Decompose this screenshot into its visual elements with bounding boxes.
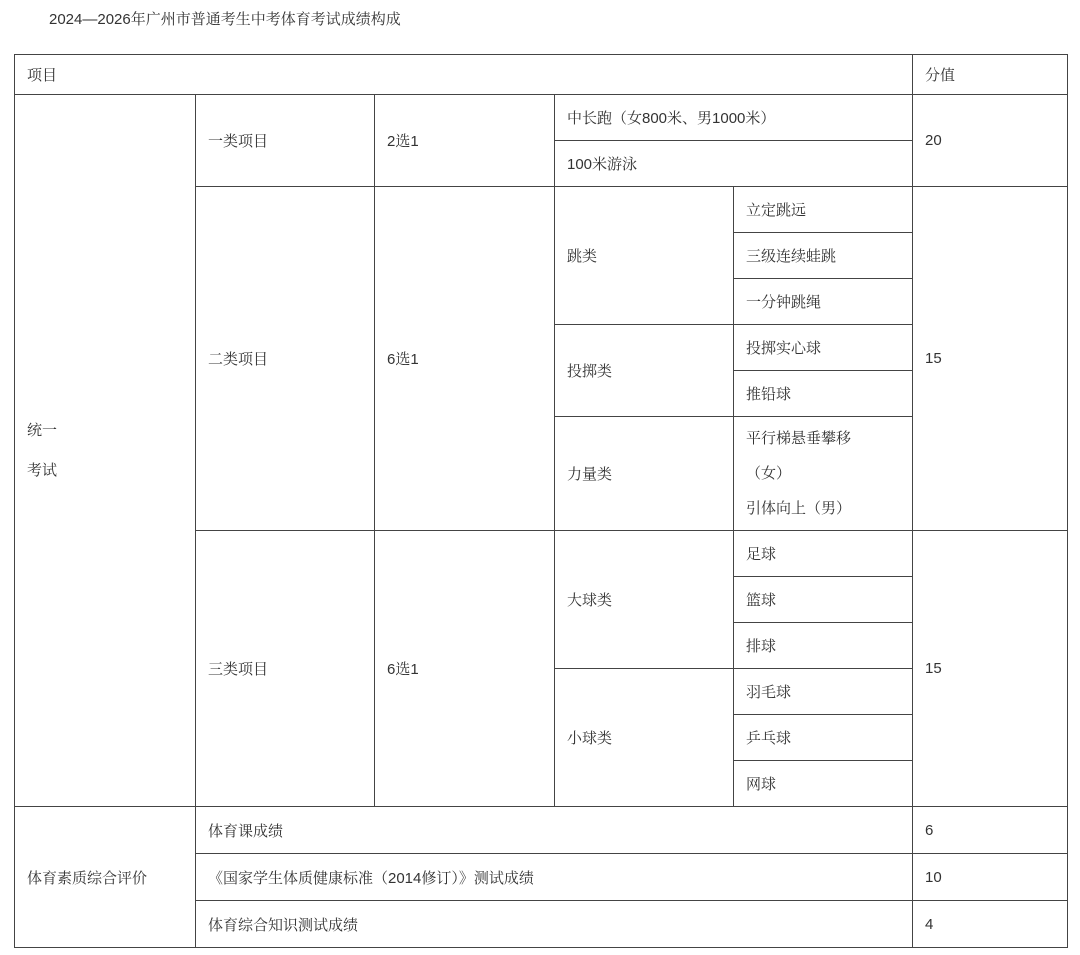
table-row: 统一 考试 一类项目 2选1 中长跑（女800米、男1000米） 20 — [15, 95, 1068, 141]
cell-pe-class-score-value: 6 — [913, 807, 1068, 854]
cell-pe-knowledge-test: 体育综合知识测试成绩 — [196, 901, 913, 948]
header-item: 项目 — [15, 55, 913, 95]
cell-option-basketball: 篮球 — [734, 577, 913, 623]
table-row: 体育素质综合评价 体育课成绩 6 — [15, 807, 1068, 854]
cell-option-middle-distance-run: 中长跑（女800米、男1000米） — [555, 95, 913, 141]
cell-group-strength: 力量类 — [555, 417, 734, 531]
cell-option-volleyball: 排球 — [734, 623, 913, 669]
cell-category2-choice: 6选1 — [375, 187, 555, 531]
cell-group-throwing: 投掷类 — [555, 325, 734, 417]
table-header-row: 项目 分值 — [15, 55, 1068, 95]
cell-option-shot-put: 推铅球 — [734, 371, 913, 417]
header-score: 分值 — [913, 55, 1068, 95]
cell-option-tennis: 网球 — [734, 761, 913, 807]
cell-option-standing-long-jump: 立定跳远 — [734, 187, 913, 233]
cell-option-strength-events: 平行梯悬垂攀移 （女） 引体向上（男） — [734, 417, 913, 531]
page: 2024—2026年广州市普通考生中考体育考试成绩构成 项目 分值 统一 考试 … — [0, 0, 1080, 955]
cell-option-football: 足球 — [734, 531, 913, 577]
cell-category1-score: 20 — [913, 95, 1068, 187]
cell-category3-label: 三类项目 — [196, 531, 375, 807]
page-title: 2024—2026年广州市普通考生中考体育考试成绩构成 — [0, 0, 1080, 31]
cell-option-medicine-ball-throw: 投掷实心球 — [734, 325, 913, 371]
cell-category1-choice: 2选1 — [375, 95, 555, 187]
cell-option-swimming: 100米游泳 — [555, 141, 913, 187]
cell-category2-label: 二类项目 — [196, 187, 375, 531]
cell-option-triple-frog-jump: 三级连续蛙跳 — [734, 233, 913, 279]
cell-unified-exam: 统一 考试 — [15, 95, 196, 807]
score-composition-table: 项目 分值 统一 考试 一类项目 2选1 中长跑（女800米、男1000米） 2… — [14, 54, 1068, 948]
cell-pe-class-score: 体育课成绩 — [196, 807, 913, 854]
cell-group-small-ball: 小球类 — [555, 669, 734, 807]
cell-option-badminton: 羽毛球 — [734, 669, 913, 715]
cell-group-jump: 跳类 — [555, 187, 734, 325]
cell-category1-label: 一类项目 — [196, 95, 375, 187]
cell-national-standard-test: 《国家学生体质健康标准（2014修订）》测试成绩 — [196, 854, 913, 901]
cell-comprehensive-evaluation: 体育素质综合评价 — [15, 807, 196, 948]
cell-category2-score: 15 — [913, 187, 1068, 531]
cell-option-rope-skipping: 一分钟跳绳 — [734, 279, 913, 325]
cell-national-standard-test-value: 10 — [913, 854, 1068, 901]
cell-option-table-tennis: 乒乓球 — [734, 715, 913, 761]
cell-category3-choice: 6选1 — [375, 531, 555, 807]
cell-category3-score: 15 — [913, 531, 1068, 807]
cell-group-big-ball: 大球类 — [555, 531, 734, 669]
cell-pe-knowledge-test-value: 4 — [913, 901, 1068, 948]
